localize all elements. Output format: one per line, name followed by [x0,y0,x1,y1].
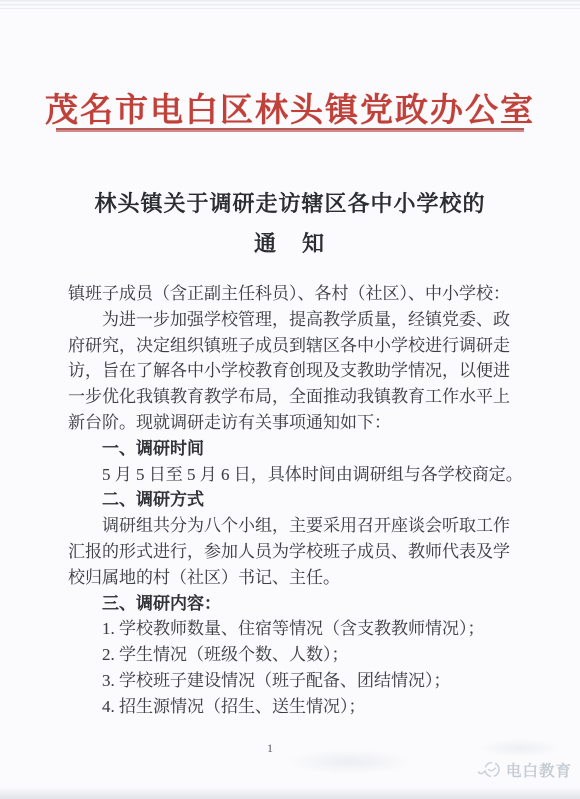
document-line: 校归属地的村（社区）书记、主任。 [68,565,520,591]
section-heading-1: 一、调研时间 [68,436,520,462]
list-item-4: 4. 招生源情况（招生、送生情况）； [68,694,520,720]
page-number: 1 [260,741,280,756]
watermark: 电白教育 [477,759,572,781]
list-item-2: 2. 学生情况（班级个数、人数）； [68,642,520,668]
list-item-1: 1. 学校教师数量、住宿等情况（含支教教师情况）； [68,616,520,642]
document-line: 5 月 5 日至 5 月 6 日，具体时间由调研组与各学校商定。 [68,462,520,488]
watermark-label: 电白教育 [506,759,572,781]
letterhead-org-name: 茂名市电白区林头镇党政办公室 [0,84,580,131]
scan-artifact-bottom [0,787,580,799]
document-line: 府研究，决定组织镇班子成员到辖区各中小学校进行调研走 [68,333,520,359]
letterhead-double-rule [56,128,524,132]
document-line: 访，旨在了解各中小学校教育创现及支教助学情况，以便进 [68,358,520,384]
document-line: 一步优化我镇教育教学布局，全面推动我镇教育工作水平上 [68,384,520,410]
document-line: 调研组共分为八个小组，主要采用召开座谈会听取工作 [68,513,520,539]
scan-artifact-top [0,0,580,9]
notice-title: 林头镇关于调研走访辖区各中小学校的 通 知 [0,187,580,258]
section-heading-2: 二、调研方式 [68,487,520,513]
document-page: 茂名市电白区林头镇党政办公室 林头镇关于调研走访辖区各中小学校的 通 知 镇班子… [0,0,580,799]
section-heading-3: 三、调研内容： [68,591,520,617]
document-line: 新台阶。现就调研走访有关事项通知如下： [68,410,520,436]
document-line: 为进一步加强学校管理，提高教学质量，经镇党委、政 [68,307,520,333]
notice-title-line2: 通 知 [0,227,580,258]
notice-title-line1: 林头镇关于调研走访辖区各中小学校的 [0,187,580,218]
document-body: 镇班子成员（含正副主任科员）、各村（社区）、中小学校： 为进一步加强学校管理，提… [68,281,520,720]
list-item-3: 3. 学校班子建设情况（班子配备、团结情况）； [68,668,520,694]
salutation-line: 镇班子成员（含正副主任科员）、各村（社区）、中小学校： [68,281,520,307]
document-line: 汇报的形式进行，参加人员为学校班子成员、教师代表及学 [68,539,520,565]
dianbai-education-logo-icon [477,759,501,781]
